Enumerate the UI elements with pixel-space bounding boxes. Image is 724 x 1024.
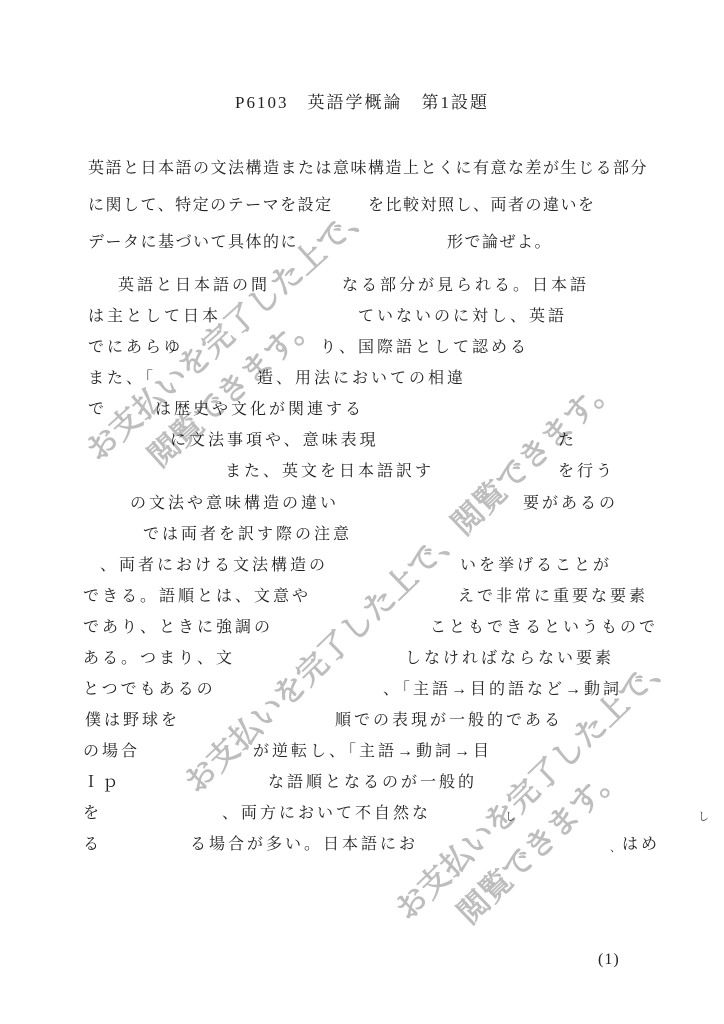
text-fragment: できる。語順とは、文意や (83, 583, 311, 606)
text-fragment: で (88, 396, 107, 419)
text-fragment: が逆転し、「主語→動詞→目 (253, 738, 492, 761)
text-line: では両者を訳す際の注意 (0, 521, 724, 543)
text-fragment: し (505, 808, 519, 824)
text-fragment: を比較対照し、両者の違いを (368, 192, 596, 215)
text-fragment: る (83, 831, 102, 854)
text-fragment: ある。つまり、文 (83, 645, 235, 668)
text-line: また、英文を日本語訳すを行う (0, 458, 724, 480)
text-fragment: Ｉｐ (83, 769, 121, 792)
text-fragment: し (698, 808, 712, 824)
text-fragment: 英語と日本語の文法構造または意味構造上とくに有意な差が生じる部分 (88, 155, 648, 178)
text-fragment: なる部分が見られる。日本語 (342, 272, 589, 295)
text-fragment: はめ (622, 831, 660, 854)
text-fragment: えで非常に重要な要素 (458, 583, 648, 606)
document-page: お支払いを完了した上で、 閲覧できます。お支払いを完了した上で、閲覧できます。お… (0, 0, 724, 1024)
text-line: とつでもあるの、「主語→目的語など→動詞 (0, 676, 724, 698)
text-line: また、「造、用法においての相違 (0, 365, 724, 387)
text-fragment: を行う (558, 458, 615, 481)
text-line: 英語と日本語の文法構造または意味構造上とくに有意な差が生じる部分 (0, 155, 724, 177)
text-fragment: 形で論ぜよ。 (447, 229, 552, 252)
text-line: を、両方において不自然なしし (0, 800, 724, 822)
text-fragment: は歴史や文化が関連する (155, 396, 364, 419)
text-fragment: は主として日本 (88, 303, 221, 326)
text-fragment: 要があるの (523, 490, 618, 513)
text-line: は主として日本ていないのに対し、英語 (0, 303, 724, 325)
text-line: るる場合が多い。日本語にお、はめ (0, 831, 724, 853)
text-line: でにあらゆり、国際語として認める (0, 334, 724, 356)
text-fragment: り、国際語として認める (320, 334, 529, 357)
text-fragment: な語順となるのが一般的 (268, 769, 477, 792)
text-fragment: 順での表現が一般的である (335, 707, 563, 730)
text-fragment: 造、用法においての相違 (257, 365, 466, 388)
text-fragment: また、英文を日本語訳す (225, 458, 434, 481)
page-number: (1) (598, 951, 620, 969)
text-fragment: の文法や意味構造の違い (130, 490, 339, 513)
text-fragment: 英語と日本語の間 (118, 272, 270, 295)
text-line: できる。語順とは、文意やえで非常に重要な要素 (0, 583, 724, 605)
text-fragment: でにあらゆ (88, 334, 183, 357)
text-line: の場合が逆転し、「主語→動詞→目 (0, 738, 724, 760)
text-line: ある。つまり、文しなければならない要素 (0, 645, 724, 667)
text-fragment: いを挙げることが (460, 552, 612, 575)
text-line: 英語と日本語の間なる部分が見られる。日本語 (0, 272, 724, 294)
text-fragment: る場合が多い。日本語にお (190, 831, 418, 854)
text-line: に文法事項や、意味表現た (0, 427, 724, 449)
text-line: データに基づいて具体的に形で論ぜよ。 (0, 229, 724, 251)
text-fragment: の場合 (83, 738, 140, 761)
text-line: に関して、特定のテーマを設定を比較対照し、両者の違いを (0, 192, 724, 214)
text-layer: P6103 英語学概論 第1設題 (1) 英語と日本語の文法構造または意味構造上… (0, 0, 724, 1024)
text-fragment: また、「 (88, 365, 156, 388)
text-fragment: ていないのに対し、英語 (358, 303, 567, 326)
text-fragment: 、「主語→目的語など→動詞 (383, 676, 622, 699)
text-line: では歴史や文化が関連する (0, 396, 724, 418)
text-line: であり、ときに強調のこともできるというもので (0, 614, 724, 636)
text-fragment: では両者を訳す際の注意 (143, 521, 352, 544)
text-fragment: に文法事項や、意味表現 (170, 427, 379, 450)
text-fragment: を (83, 800, 102, 823)
text-fragment: た (558, 427, 577, 450)
text-line: 僕は野球を順での表現が一般的である (0, 707, 724, 729)
text-fragment: 僕は野球を (85, 707, 180, 730)
text-fragment: とつでもあるの (83, 676, 216, 699)
text-fragment: であり、ときに強調の (83, 614, 273, 637)
text-line: 、両者における文法構造のいを挙げることが (0, 552, 724, 574)
text-line: の文法や意味構造の違い要があるの (0, 490, 724, 512)
text-fragment: データに基づいて具体的に (88, 229, 298, 252)
text-fragment: 、両方において不自然な (222, 800, 431, 823)
text-fragment: に関して、特定のテーマを設定 (88, 192, 333, 215)
text-fragment: 、両者における文法構造の (100, 552, 328, 575)
text-line: Ｉｐな語順となるのが一般的 (0, 769, 724, 791)
text-fragment: しなければならない要素 (405, 645, 614, 668)
text-fragment: こともできるというもので (430, 614, 658, 637)
page-title: P6103 英語学概論 第1設題 (0, 88, 724, 113)
